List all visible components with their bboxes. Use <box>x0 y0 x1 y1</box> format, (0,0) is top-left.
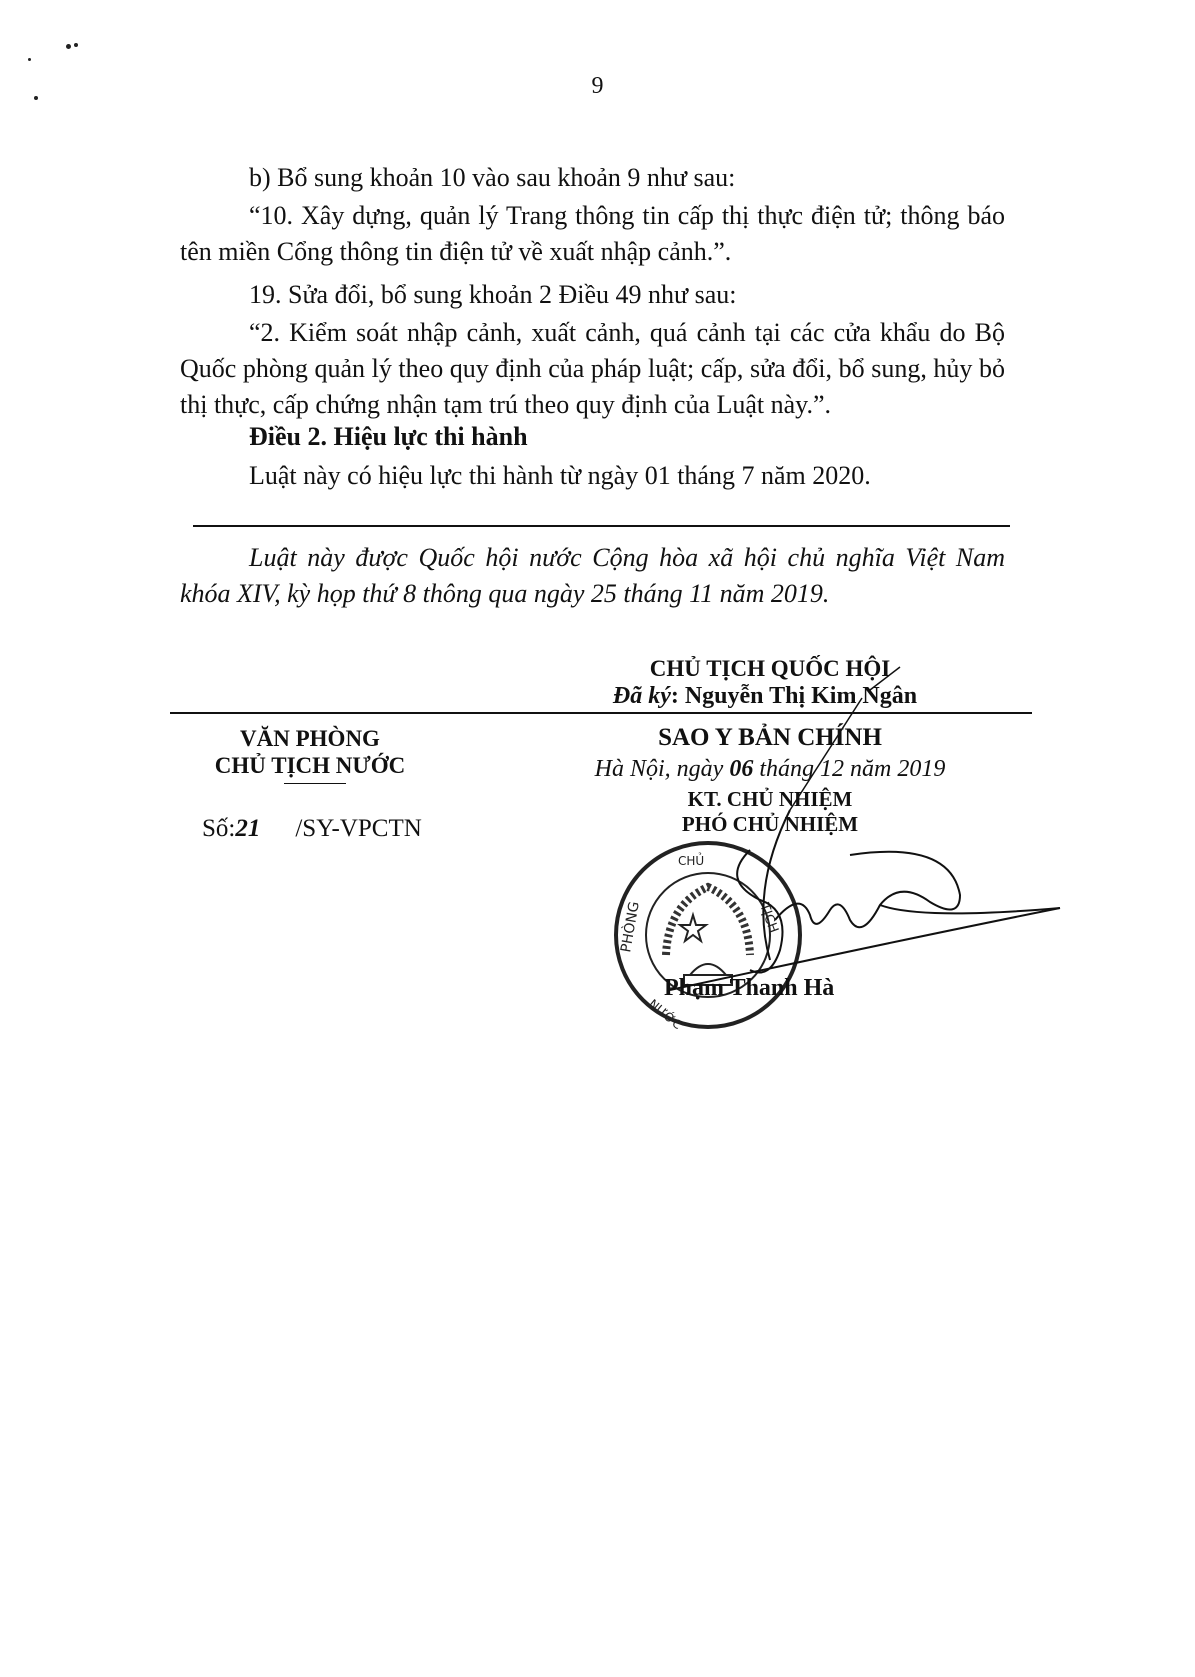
number-value: 21 <box>235 815 277 843</box>
document-number: Số:21/SY-VPCTN <box>202 815 422 843</box>
clause-10: “10. Xây dựng, quản lý Trang thông tin c… <box>180 198 1005 270</box>
number-suffix: /SY-VPCTN <box>295 815 421 842</box>
item-b: b) Bổ sung khoản 10 vào sau khoản 9 như … <box>249 160 735 196</box>
office-underline <box>284 783 346 784</box>
clause-2: “2. Kiểm soát nhập cảnh, xuất cảnh, quá … <box>180 315 1005 423</box>
office-line-1: VĂN PHÒNG <box>190 726 430 752</box>
handwritten-signature <box>600 640 1080 1020</box>
item-19: 19. Sửa đổi, bổ sung khoản 2 Điều 49 như… <box>249 277 737 313</box>
copy-signer-name: Phạm Thanh Hà <box>664 975 834 1002</box>
office-line-2: CHỦ TỊCH NƯỚC <box>190 753 430 779</box>
scan-speck <box>66 44 71 49</box>
adoption-note-text: Luật này được Quốc hội nước Cộng hòa xã … <box>180 543 1005 608</box>
number-label: Số: <box>202 815 235 842</box>
section-divider <box>193 525 1010 527</box>
article-2-text: Luật này có hiệu lực thi hành từ ngày 01… <box>249 458 871 494</box>
adoption-note: Luật này được Quốc hội nước Cộng hòa xã … <box>180 540 1005 612</box>
scan-speck <box>28 58 31 61</box>
scan-speck <box>74 43 78 47</box>
clause-2-text: “2. Kiểm soát nhập cảnh, xuất cảnh, quá … <box>180 318 1005 419</box>
article-2-heading: Điều 2. Hiệu lực thi hành <box>249 419 528 455</box>
page-number: 9 <box>0 73 1195 100</box>
clause-10-text: “10. Xây dựng, quản lý Trang thông tin c… <box>180 201 1005 266</box>
